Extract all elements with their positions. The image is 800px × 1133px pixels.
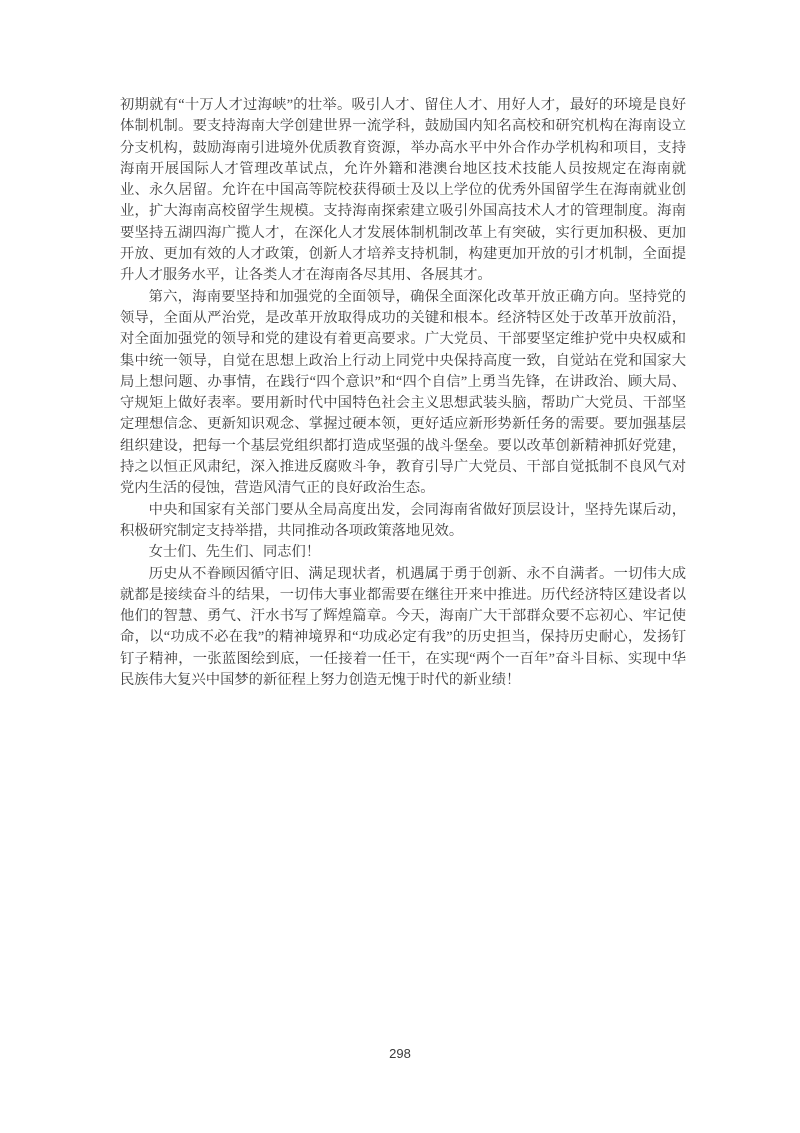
body-text: 初期就有“十万人才过海峡”的壮举。吸引人才、留住人才、用好人才，最好的环境是良好… [120,95,686,691]
paragraph-point-six: 第六，海南要坚持和加强党的全面领导，确保全面深化改革开放正确方向。坚持党的领导，… [120,287,686,500]
paragraph-salutation: 女士们、先生们、同志们！ [120,542,686,563]
page-number: 298 [389,1046,411,1061]
document-page: 初期就有“十万人才过海峡”的壮举。吸引人才、留住人才、用好人才，最好的环境是良好… [0,0,800,1133]
paragraph-central-departments: 中央和国家有关部门要从全局高度出发，会同海南省做好顶层设计，坚持先谋后动，积极研… [120,500,686,543]
paragraph-continuation: 初期就有“十万人才过海峡”的壮举。吸引人才、留住人才、用好人才，最好的环境是良好… [120,95,686,287]
page-footer: 298 [0,1046,800,1061]
paragraph-closing: 历史从不眷顾因循守旧、满足现状者，机遇属于勇于创新、永不自满者。一切伟大成就都是… [120,564,686,692]
